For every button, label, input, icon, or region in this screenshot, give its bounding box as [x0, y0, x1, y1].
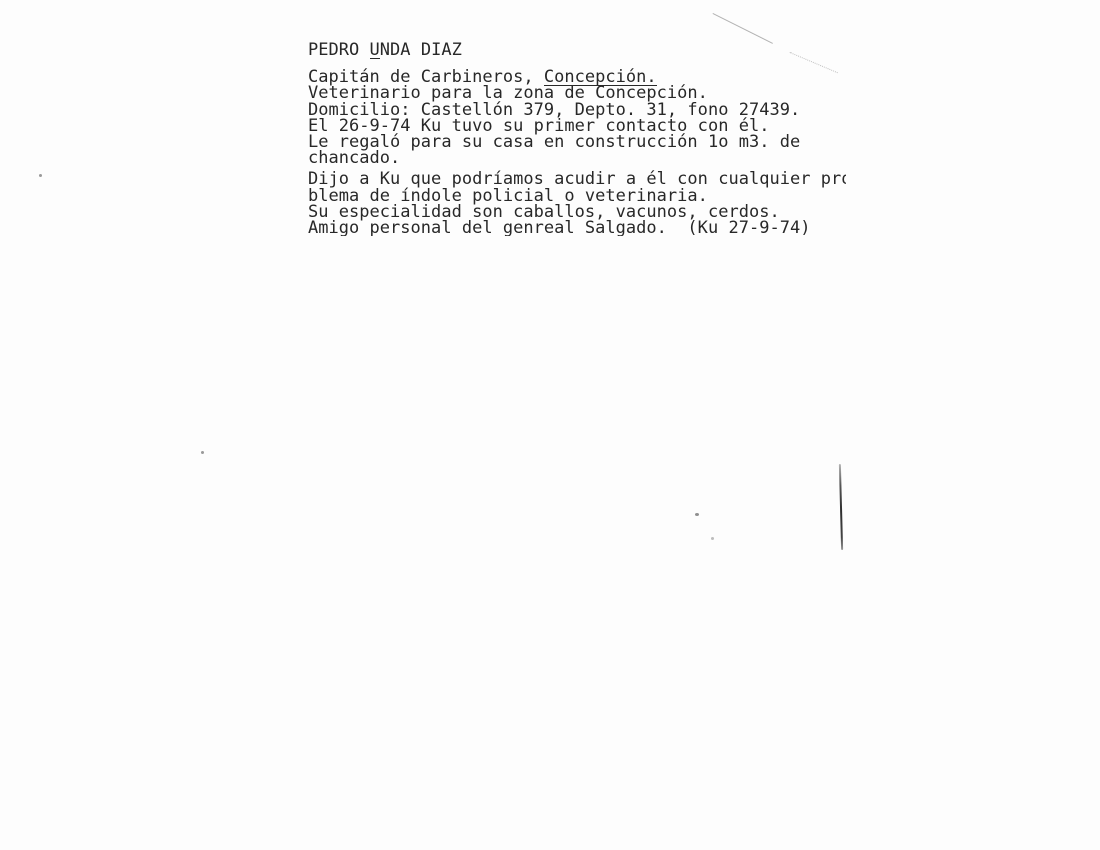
document-line: chancado. — [308, 150, 846, 166]
scan-speck — [711, 537, 714, 540]
document-text: PEDRO UNDA DIAZCapitán de Carbineros, Co… — [308, 42, 846, 236]
text-segment: chancado. — [308, 148, 400, 168]
underlined-text: U — [370, 42, 380, 59]
document-line: Amigo personal del genreal Salgado. (Ku … — [308, 220, 846, 236]
scan-scratch-vertical — [839, 464, 843, 550]
scan-scratch-diagonal — [713, 13, 773, 44]
scan-speck — [695, 513, 699, 516]
scanned-document-page: PEDRO UNDA DIAZCapitán de Carbineros, Co… — [0, 0, 1100, 850]
document-line: PEDRO UNDA DIAZ — [308, 42, 846, 58]
text-segment: PEDRO — [308, 42, 370, 60]
scan-speck — [39, 174, 42, 177]
text-segment: Amigo personal del genreal Salgado. (Ku … — [308, 218, 811, 236]
scan-speck — [201, 451, 204, 454]
text-segment: NDA DIAZ — [380, 42, 462, 60]
